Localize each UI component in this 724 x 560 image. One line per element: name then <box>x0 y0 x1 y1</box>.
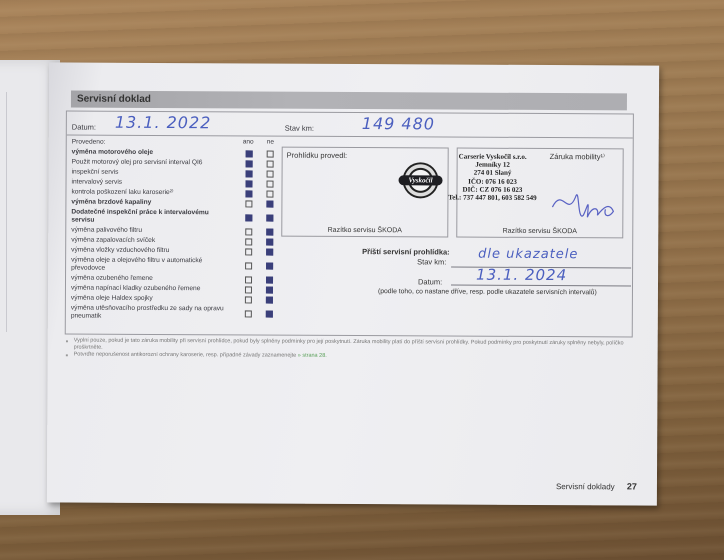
no-checkbox[interactable] <box>266 215 273 222</box>
yes-checkbox[interactable] <box>245 214 252 221</box>
no-checkbox[interactable] <box>267 181 274 188</box>
no-checkbox[interactable] <box>267 171 274 178</box>
next-inspection-note: (podle toho, co nastane dříve, resp. pod… <box>378 288 597 296</box>
no-checkbox[interactable] <box>266 297 273 304</box>
no-checkbox[interactable] <box>267 151 274 158</box>
yes-checkbox[interactable] <box>245 238 252 245</box>
no-checkbox[interactable] <box>266 191 273 198</box>
checklist-row: výměna utěsňovacího prostředku ze sady n… <box>71 304 281 323</box>
dealer-seal-icon: Vyskočil <box>402 162 438 198</box>
no-checkbox[interactable] <box>266 287 273 294</box>
page-link[interactable]: » strana 28. <box>298 353 327 359</box>
km-value[interactable]: 149 480 <box>362 114 435 133</box>
yes-checkbox[interactable] <box>245 228 252 235</box>
yes-checkbox[interactable] <box>245 190 252 197</box>
checklist-item-label: výměna oleje a olejového filtru v automa… <box>71 256 231 275</box>
yes-checkbox[interactable] <box>245 248 252 255</box>
service-checklist: Provedeno: ano ne výměna motorového olej… <box>71 138 282 323</box>
yes-checkbox[interactable] <box>245 286 252 293</box>
no-checkbox[interactable] <box>266 201 273 208</box>
no-checkbox[interactable] <box>266 277 273 284</box>
service-record-page: Servisní doklad Datum: 13.1. 2022 Stav k… <box>47 62 659 505</box>
next-km-label: Stav km: <box>417 257 446 266</box>
next-date-label: Datum: <box>418 277 442 286</box>
checklist-item-label: Dodatečné inspekční práce k intervalovém… <box>71 208 231 227</box>
stamp-caption: Razítko servisu ŠKODA <box>282 227 447 235</box>
next-inspection-title: Příští servisní prohlídka: <box>362 247 450 256</box>
inspection-stamp-box: Prohlídku provedl: Vyskočil Razítko serv… <box>281 147 448 238</box>
mobility-label: Záruka mobility¹⁾ <box>550 152 605 161</box>
next-km-value[interactable]: dle ukazatele <box>478 247 578 263</box>
checklist-item-label: výměna utěsňovacího prostředku ze sady n… <box>71 304 231 323</box>
yes-checkbox[interactable] <box>245 296 252 303</box>
no-checkbox[interactable] <box>266 249 273 256</box>
yes-checkbox[interactable] <box>245 310 252 317</box>
yes-checkbox[interactable] <box>246 180 253 187</box>
no-checkbox[interactable] <box>266 263 273 270</box>
page-footer: Servisní doklady 27 <box>556 481 637 491</box>
yes-checkbox[interactable] <box>245 200 252 207</box>
no-checkbox[interactable] <box>266 229 273 236</box>
col-no: ne <box>267 139 274 146</box>
date-value[interactable]: 13.1. 2022 <box>115 113 212 133</box>
section-title: Servisní doklad <box>71 91 627 111</box>
yes-checkbox[interactable] <box>246 150 253 157</box>
company-stamp: Carserie Vyskočil s.r.o. Jemníky 12 274 … <box>437 152 547 202</box>
km-label: Stav km: <box>285 124 314 133</box>
service-form: Datum: 13.1. 2022 Stav km: 149 480 Prove… <box>65 110 634 337</box>
yes-checkbox[interactable] <box>245 262 252 269</box>
footnotes: Vyplní pouze, pokud je tato záruka mobil… <box>66 337 626 361</box>
mobility-stamp-box: Záruka mobility¹⁾ Carserie Vyskočil s.r.… <box>456 148 623 239</box>
next-date-value[interactable]: 13.1. 2024 <box>476 266 567 284</box>
yes-checkbox[interactable] <box>246 170 253 177</box>
no-checkbox[interactable] <box>266 311 273 318</box>
yes-checkbox[interactable] <box>246 160 253 167</box>
no-checkbox[interactable] <box>266 239 273 246</box>
col-yes: ano <box>243 138 254 145</box>
date-km-row: Datum: 13.1. 2022 Stav km: 149 480 <box>67 111 633 138</box>
page-number: 27 <box>627 481 637 491</box>
signature-icon <box>547 177 617 227</box>
yes-checkbox[interactable] <box>245 276 252 283</box>
checklist-header: Provedeno: <box>72 139 106 146</box>
date-label: Datum: <box>72 123 96 132</box>
checklist-row: Dodatečné inspekční práce k intervalovém… <box>71 208 281 227</box>
footer-section: Servisní doklady <box>556 482 615 491</box>
checklist-row: výměna oleje a olejového filtru v automa… <box>71 256 281 275</box>
stamp-caption-2: Razítko servisu ŠKODA <box>457 228 622 236</box>
no-checkbox[interactable] <box>267 161 274 168</box>
inspection-by-label: Prohlídku provedl: <box>287 151 347 160</box>
